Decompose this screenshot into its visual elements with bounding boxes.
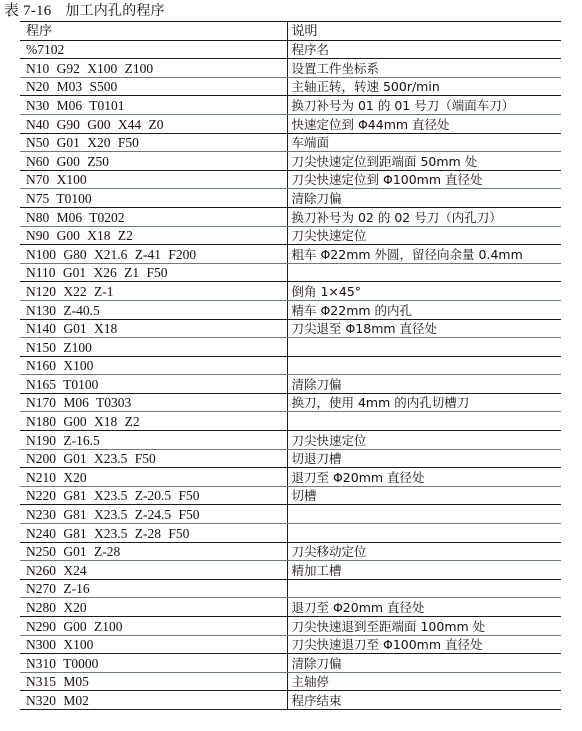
description-cell: 清除刀偏: [287, 654, 561, 673]
table-row: N270 Z-16: [20, 579, 561, 598]
program-code-cell: %7102: [20, 40, 287, 59]
description-cell: 刀尖快速退刀至 Φ100mm 直径处: [287, 635, 561, 654]
description-cell: 粗车 Φ22mm 外圆，留径向余量 0.4mm: [287, 245, 561, 264]
table-row: N140 G01 X18刀尖退至 Φ18mm 直径处: [20, 319, 561, 338]
program-code-cell: N110 G01 X26 Z1 F50: [20, 263, 287, 282]
description-cell: 刀尖快速定位到距端面 50mm 处: [287, 152, 561, 171]
program-code-cell: N130 Z-40.5: [20, 300, 287, 319]
table-row: N80 M06 T0202换刀补号为 02 的 02 号刀（内孔刀）: [20, 207, 561, 226]
table-caption: 表 7-16 加工内孔的程序: [4, 2, 165, 20]
program-code-cell: N20 M03 S500: [20, 77, 287, 96]
description-cell: 快速定位到 Φ44mm 直径处: [287, 114, 561, 133]
program-code-cell: N320 M02: [20, 691, 287, 710]
table-row: N20 M03 S500主轴正转，转速 500r/min: [20, 77, 561, 96]
table-row: N230 G81 X23.5 Z-24.5 F50: [20, 505, 561, 524]
program-code-cell: N315 M05: [20, 672, 287, 691]
program-code-cell: N210 X20: [20, 468, 287, 487]
program-code-cell: N10 G92 X100 Z100: [20, 59, 287, 78]
program-code-cell: N170 M06 T0303: [20, 393, 287, 412]
program-code-cell: N240 G81 X23.5 Z-28 F50: [20, 524, 287, 543]
description-cell: 精加工槽: [287, 561, 561, 580]
description-cell: 倒角 1×45°: [287, 282, 561, 301]
description-cell: 换刀补号为 01 的 01 号刀（端面车刀）: [287, 96, 561, 115]
table-row: N120 X22 Z-1倒角 1×45°: [20, 282, 561, 301]
program-code-cell: N300 X100: [20, 635, 287, 654]
description-cell: 刀尖快速定位: [287, 226, 561, 245]
table-row: N160 X100: [20, 356, 561, 375]
table-row: N50 G01 X20 F50车端面: [20, 133, 561, 152]
table-row: N210 X20退刀至 Φ20mm 直径处: [20, 468, 561, 487]
description-cell: 切槽: [287, 486, 561, 505]
table-row: N250 G01 Z-28刀尖移动定位: [20, 542, 561, 561]
description-cell: 切退刀槽: [287, 449, 561, 468]
table-row: N130 Z-40.5精车 Φ22mm 的内孔: [20, 300, 561, 319]
program-code-cell: N165 T0100: [20, 375, 287, 394]
description-cell: [287, 579, 561, 598]
description-cell: [287, 412, 561, 431]
description-cell: 刀尖快速定位: [287, 431, 561, 450]
description-cell: 精车 Φ22mm 的内孔: [287, 300, 561, 319]
description-cell: [287, 263, 561, 282]
program-code-cell: N260 X24: [20, 561, 287, 580]
program-code-cell: N150 Z100: [20, 338, 287, 357]
program-code-cell: N190 Z-16.5: [20, 431, 287, 450]
description-cell: 程序名: [287, 40, 561, 59]
program-table: 程序 说明 %7102程序名N10 G92 X100 Z100设置工件坐标系N2…: [20, 21, 561, 710]
program-code-cell: N220 G81 X23.5 Z-20.5 F50: [20, 486, 287, 505]
description-cell: [287, 356, 561, 375]
program-code-cell: N230 G81 X23.5 Z-24.5 F50: [20, 505, 287, 524]
description-cell: 主轴停: [287, 672, 561, 691]
table-row: N320 M02程序结束: [20, 691, 561, 710]
header-description: 说明: [287, 22, 561, 41]
program-code-cell: N40 G90 G00 X44 Z0: [20, 114, 287, 133]
table-row: N180 G00 X18 Z2: [20, 412, 561, 431]
program-code-cell: N140 G01 X18: [20, 319, 287, 338]
program-code-cell: N100 G80 X21.6 Z-41 F200: [20, 245, 287, 264]
description-cell: 清除刀偏: [287, 189, 561, 208]
program-code-cell: N80 M06 T0202: [20, 207, 287, 226]
table-row: N315 M05主轴停: [20, 672, 561, 691]
table-row: N190 Z-16.5刀尖快速定位: [20, 431, 561, 450]
program-code-cell: N75 T0100: [20, 189, 287, 208]
table-row: N290 G00 Z100刀尖快速退到至距端面 100mm 处: [20, 617, 561, 636]
table-row: N220 G81 X23.5 Z-20.5 F50切槽: [20, 486, 561, 505]
table-row: N110 G01 X26 Z1 F50: [20, 263, 561, 282]
description-cell: 清除刀偏: [287, 375, 561, 394]
table-row: %7102程序名: [20, 40, 561, 59]
program-code-cell: N30 M06 T0101: [20, 96, 287, 115]
table-row: N10 G92 X100 Z100设置工件坐标系: [20, 59, 561, 78]
description-cell: 刀尖快速定位到 Φ100mm 直径处: [287, 170, 561, 189]
description-cell: 换刀，使用 4mm 的内孔切槽刀: [287, 393, 561, 412]
description-cell: [287, 524, 561, 543]
description-cell: 退刀至 Φ20mm 直径处: [287, 598, 561, 617]
caption-title: 加工内孔的程序: [65, 3, 164, 19]
table-row: N240 G81 X23.5 Z-28 F50: [20, 524, 561, 543]
program-code-cell: N120 X22 Z-1: [20, 282, 287, 301]
program-code-cell: N90 G00 X18 Z2: [20, 226, 287, 245]
description-cell: [287, 338, 561, 357]
table-row: N70 X100刀尖快速定位到 Φ100mm 直径处: [20, 170, 561, 189]
table-row: N40 G90 G00 X44 Z0快速定位到 Φ44mm 直径处: [20, 114, 561, 133]
table-row: N75 T0100清除刀偏: [20, 189, 561, 208]
program-code-cell: N250 G01 Z-28: [20, 542, 287, 561]
description-cell: 刀尖快速退到至距端面 100mm 处: [287, 617, 561, 636]
description-cell: 换刀补号为 02 的 02 号刀（内孔刀）: [287, 207, 561, 226]
program-code-cell: N290 G00 Z100: [20, 617, 287, 636]
description-cell: 设置工件坐标系: [287, 59, 561, 78]
description-cell: 刀尖退至 Φ18mm 直径处: [287, 319, 561, 338]
table-row: N300 X100刀尖快速退刀至 Φ100mm 直径处: [20, 635, 561, 654]
table-header-row: 程序 说明: [20, 22, 561, 41]
header-program: 程序: [20, 22, 287, 41]
description-cell: [287, 505, 561, 524]
table-row: N310 T0000清除刀偏: [20, 654, 561, 673]
description-cell: 刀尖移动定位: [287, 542, 561, 561]
table-row: N260 X24精加工槽: [20, 561, 561, 580]
description-cell: 主轴正转，转速 500r/min: [287, 77, 561, 96]
table-row: N150 Z100: [20, 338, 561, 357]
table-row: N100 G80 X21.6 Z-41 F200粗车 Φ22mm 外圆，留径向余…: [20, 245, 561, 264]
table-row: N170 M06 T0303换刀，使用 4mm 的内孔切槽刀: [20, 393, 561, 412]
table-row: N30 M06 T0101换刀补号为 01 的 01 号刀（端面车刀）: [20, 96, 561, 115]
program-code-cell: N50 G01 X20 F50: [20, 133, 287, 152]
table-row: N165 T0100清除刀偏: [20, 375, 561, 394]
program-code-cell: N200 G01 X23.5 F50: [20, 449, 287, 468]
program-code-cell: N280 X20: [20, 598, 287, 617]
table-row: N60 G00 Z50刀尖快速定位到距端面 50mm 处: [20, 152, 561, 171]
description-cell: 退刀至 Φ20mm 直径处: [287, 468, 561, 487]
program-code-cell: N60 G00 Z50: [20, 152, 287, 171]
program-code-cell: N180 G00 X18 Z2: [20, 412, 287, 431]
program-code-cell: N310 T0000: [20, 654, 287, 673]
caption-label: 表 7-16: [4, 3, 51, 19]
table-row: N90 G00 X18 Z2刀尖快速定位: [20, 226, 561, 245]
program-code-cell: N270 Z-16: [20, 579, 287, 598]
program-code-cell: N160 X100: [20, 356, 287, 375]
table-row: N200 G01 X23.5 F50切退刀槽: [20, 449, 561, 468]
description-cell: 程序结束: [287, 691, 561, 710]
program-code-cell: N70 X100: [20, 170, 287, 189]
description-cell: 车端面: [287, 133, 561, 152]
table-row: N280 X20退刀至 Φ20mm 直径处: [20, 598, 561, 617]
